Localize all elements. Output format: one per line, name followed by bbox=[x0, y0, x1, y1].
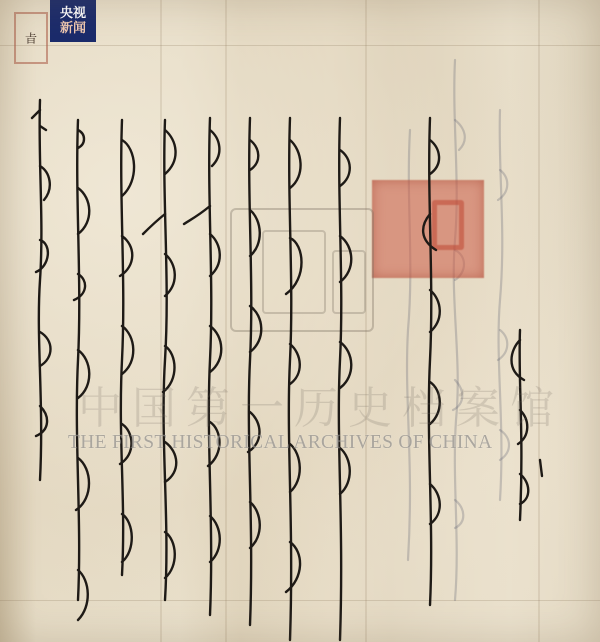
archival-document-photo: 中国第一历史档案馆 THE FIRST HISTORICAL ARCHIVES … bbox=[0, 0, 600, 642]
manchu-script-text bbox=[0, 0, 600, 642]
watermark-chinese: 中国第一历史档案馆 bbox=[78, 372, 548, 436]
seal-text: 㫖 bbox=[23, 32, 40, 44]
small-corner-seal: 㫖 bbox=[14, 12, 48, 64]
watermark-english: THE FIRST HISTORICAL ARCHIVES OF CHINA bbox=[68, 432, 538, 454]
cctv-news-logo: 央视 新闻 bbox=[50, 0, 96, 42]
logo-line-2: 新闻 bbox=[60, 21, 86, 36]
logo-line-1: 央视 bbox=[60, 6, 86, 21]
